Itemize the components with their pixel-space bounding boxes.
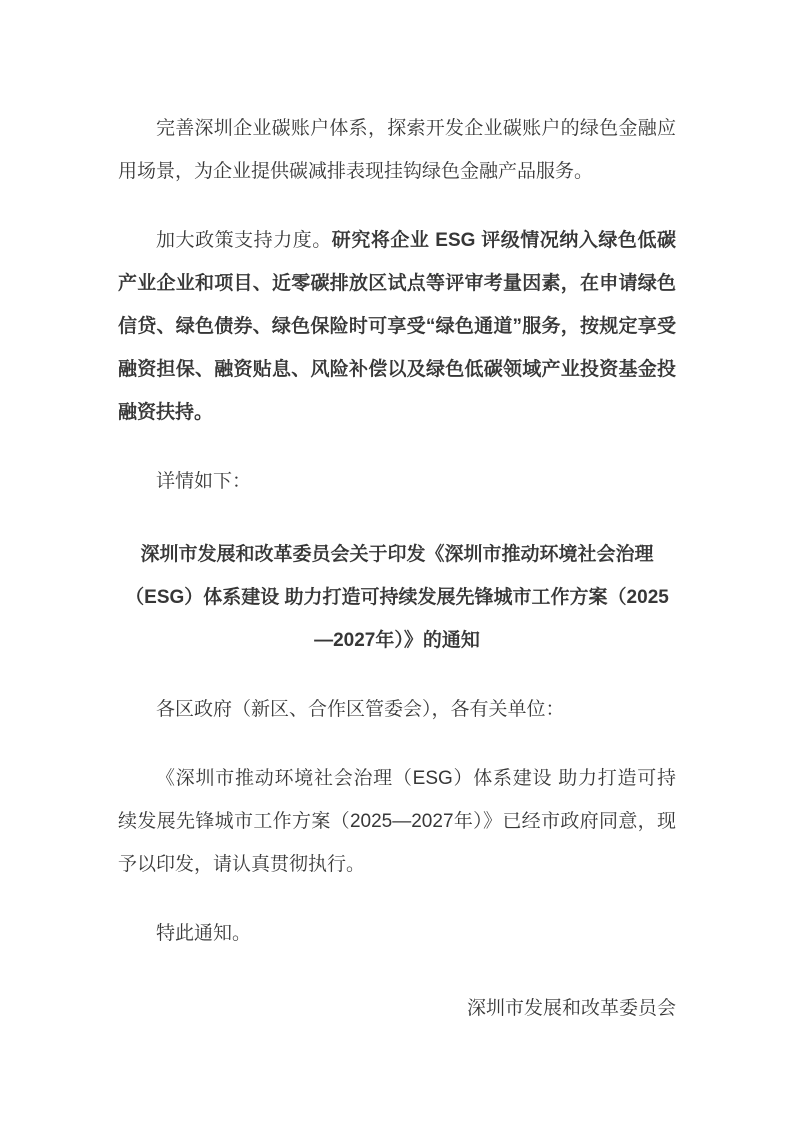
paragraph-closing: 特此通知。 bbox=[118, 912, 676, 955]
paragraph-carbon-account: 完善深圳企业碳账户体系，探索开发企业碳账户的绿色金融应用场景，为企业提供碳减排表… bbox=[118, 107, 676, 193]
salutation-line: 各区政府（新区、合作区管委会），各有关单位： bbox=[118, 688, 676, 731]
paragraph-policy-support: 加大政策支持力度。研究将企业 ESG 评级情况纳入绿色低碳产业企业和项目、近零碳… bbox=[118, 219, 676, 434]
document-page: 完善深圳企业碳账户体系，探索开发企业碳账户的绿色金融应用场景，为企业提供碳减排表… bbox=[0, 0, 793, 1122]
notice-title: 深圳市发展和改革委员会关于印发《深圳市推动环境社会治理（ESG）体系建设 助力打… bbox=[118, 533, 676, 662]
signature-authority: 深圳市发展和改革委员会 bbox=[118, 987, 676, 1030]
paragraph-policy-bold-text: 研究将企业 ESG 评级情况纳入绿色低碳产业企业和项目、近零碳排放区试点等评审考… bbox=[118, 230, 676, 423]
paragraph-details-label: 详情如下： bbox=[118, 460, 676, 503]
paragraph-policy-lead-text: 加大政策支持力度。 bbox=[156, 230, 332, 251]
paragraph-issuance: 《深圳市推动环境社会治理（ESG）体系建设 助力打造可持续发展先锋城市工作方案（… bbox=[118, 757, 676, 886]
